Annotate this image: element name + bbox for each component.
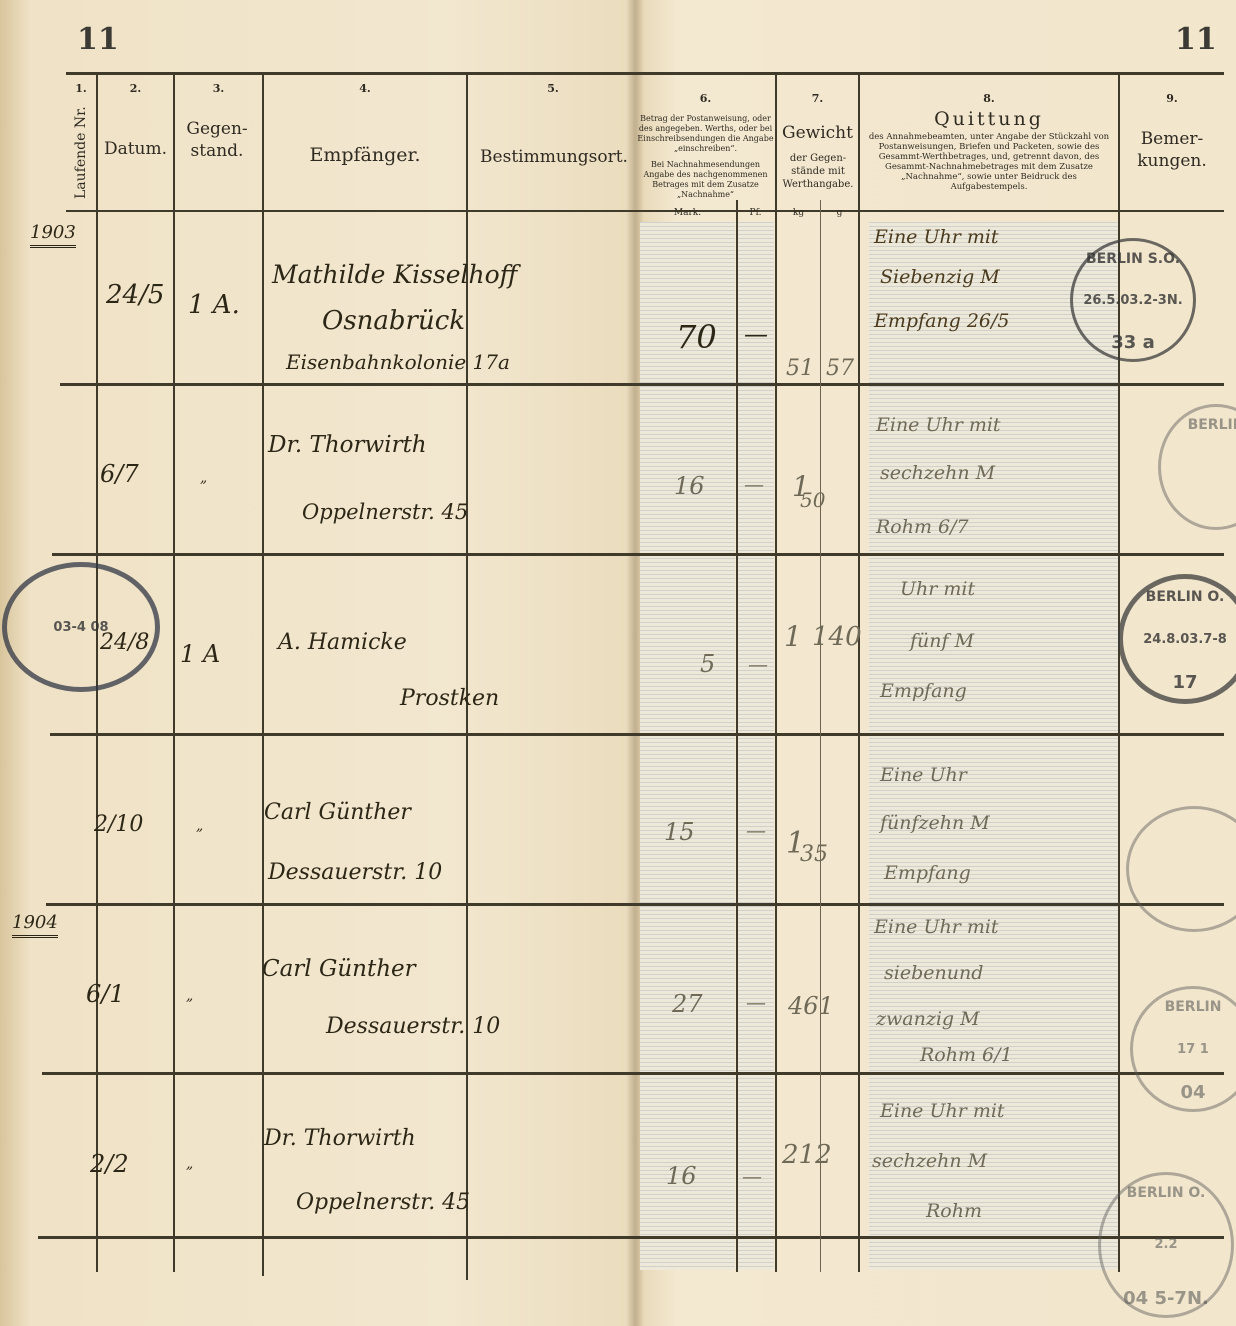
row-2-pf: — — [744, 472, 764, 496]
pf-column-shade — [737, 222, 774, 1270]
row-2-receipt-1: Eine Uhr mit — [876, 414, 1001, 436]
row-6-destination-1: Oppelnerstr. 45 — [296, 1190, 470, 1215]
col-num-9: 9. — [1120, 92, 1224, 105]
postmark-number: 04 — [1133, 1082, 1236, 1103]
row-2-receipt-3: Rohm 6/7 — [876, 516, 969, 538]
row-5-mark: 27 — [672, 990, 703, 1018]
header-gewicht: Gewicht — [777, 122, 858, 144]
header-unit-pf: Pf. — [737, 208, 774, 218]
postmark-office: BERLIN O. — [1123, 589, 1236, 605]
postmark-office: BERLIN — [1133, 999, 1236, 1015]
row-4-pf: — — [746, 818, 766, 842]
row-rule — [46, 903, 1224, 906]
postmark-number: 17 — [1123, 672, 1236, 693]
row-5-receipt-4: Rohm 6/1 — [920, 1044, 1013, 1066]
header-laufende-nr: Laufende Nr. — [73, 109, 89, 199]
col-num-8: 8. — [860, 92, 1118, 105]
header-bestimmungsort: Bestimmungsort. — [468, 146, 640, 168]
row-2-mark: 16 — [674, 472, 705, 500]
row-5-receipt-1: Eine Uhr mit — [874, 916, 999, 938]
postmark-number: 33 a — [1073, 332, 1193, 353]
row-1-receipt-2: Siebenzig M — [880, 266, 1000, 288]
header-unit-kg: kg — [777, 208, 820, 218]
row-1-receipt-1: Eine Uhr mit — [874, 226, 999, 248]
row-3-mark: 5 — [700, 650, 715, 678]
row-6-item: „ — [186, 1156, 193, 1172]
postmark-number: 04 5-7N. — [1101, 1288, 1231, 1309]
postmark-stamp: BERLIN O. 24.8.03.7-8 17 — [1118, 574, 1236, 704]
row-1-date: 24/5 — [106, 280, 164, 310]
row-5-recipient: Carl Günther — [262, 956, 416, 982]
header-datum: Datum. — [98, 138, 173, 160]
row-5-g: 461 — [788, 992, 834, 1020]
col-num-1: 1. — [66, 82, 96, 95]
row-6-receipt-2: sechzehn M — [872, 1150, 987, 1172]
col-rule — [736, 200, 738, 1272]
row-1-mark: 70 — [676, 318, 717, 356]
row-6-g: 212 — [782, 1140, 832, 1170]
left-page-number: 11 — [77, 22, 119, 57]
row-5-item: „ — [186, 988, 193, 1004]
row-1-destination-1: Osnabrück — [322, 306, 465, 336]
row-6-receipt-1: Eine Uhr mit — [880, 1100, 1005, 1122]
row-rule — [60, 383, 1224, 386]
row-4-date: 2/10 — [94, 812, 143, 837]
row-1-recipient: Mathilde Kisselhoff — [272, 260, 517, 289]
row-6-pf: — — [742, 1164, 762, 1188]
header-nachnahme: Bei Nachnahmesendungen Angabe des nachge… — [636, 160, 775, 200]
col-num-2: 2. — [98, 82, 173, 95]
header-quittung: Quittung — [860, 108, 1118, 130]
row-3-item: 1 A — [180, 640, 220, 668]
header-betrag: Betrag der Postanweisung, oder des angeg… — [636, 114, 775, 154]
year-marker-1904: 1904 — [12, 912, 58, 938]
mark-column-shade — [640, 222, 735, 1270]
header-quittung-sub: des Annahmebeamten, unter Angabe der Stü… — [866, 132, 1112, 192]
row-2-recipient: Dr. Thorwirth — [268, 432, 427, 458]
row-4-receipt-3: Empfang — [884, 862, 971, 884]
row-rule — [50, 733, 1224, 736]
row-1-kg: 51 — [786, 356, 814, 381]
postmark-date: 17 1 — [1133, 1042, 1236, 1057]
row-6-receipt-3: Rohm — [926, 1200, 982, 1222]
postmark-date: 26.5.03.2-3N. — [1073, 293, 1193, 308]
row-4-item: „ — [196, 818, 203, 834]
row-3-recipient: A. Hamicke — [278, 630, 407, 655]
row-3-receipt-1: Uhr mit — [900, 578, 975, 600]
row-6-recipient: Dr. Thorwirth — [264, 1126, 416, 1151]
row-2-date: 6/7 — [100, 460, 139, 488]
postmark-stamp: BERLIN 17 1 04 — [1130, 986, 1236, 1112]
header-bemerkungen: Bemer- kungen. — [1132, 128, 1212, 172]
row-5-date: 6/1 — [86, 980, 125, 1008]
postmark-stamp: BERLIN O. 2.2 04 5-7N. — [1098, 1172, 1234, 1318]
postmark-office: BERLIN O. — [1101, 1185, 1231, 1201]
top-rule — [66, 72, 1224, 75]
row-6-mark: 16 — [666, 1162, 697, 1190]
row-2-g: 50 — [800, 488, 825, 512]
row-2-item: „ — [200, 470, 207, 486]
postmark-date: 2.2 — [1101, 1237, 1231, 1252]
postmark-office: BERLIN S.O. — [1073, 251, 1193, 267]
col-rule — [820, 200, 821, 1272]
row-5-receipt-2: siebenund — [884, 962, 983, 984]
col-num-6: 6. — [636, 92, 775, 105]
postmark-date: 24.8.03.7-8 — [1123, 632, 1236, 647]
year-marker-1903: 1903 — [30, 222, 76, 248]
row-4-destination-1: Dessauerstr. 10 — [268, 860, 442, 885]
header-empfaenger: Empfänger. — [264, 144, 466, 166]
row-4-receipt-1: Eine Uhr — [880, 764, 967, 786]
col-num-5: 5. — [468, 82, 638, 95]
row-1-pf: — — [744, 320, 768, 348]
row-5-pf: — — [746, 990, 766, 1014]
row-3-g: 140 — [812, 622, 862, 652]
row-2-destination-1: Oppelnerstr. 45 — [302, 500, 468, 524]
row-3-destination-1: Prostken — [400, 686, 499, 711]
row-3-receipt-2: fünf M — [910, 630, 974, 652]
col-rule — [466, 72, 468, 1280]
row-1-destination-2: Eisenbahnkolonie 17a — [286, 350, 510, 374]
row-1-g: 57 — [826, 356, 854, 381]
postmark-stamp: BERLIN S.O. 26.5.03.2-3N. 33 a — [1070, 238, 1196, 362]
row-1-item: 1 A. — [188, 290, 240, 320]
col-num-7: 7. — [777, 92, 858, 105]
row-rule — [42, 1072, 1224, 1075]
row-4-receipt-2: fünfzehn M — [880, 812, 990, 834]
col-num-4: 4. — [264, 82, 466, 95]
row-3-receipt-3: Empfang — [880, 680, 967, 702]
header-gegenstand: Gegen- stand. — [180, 118, 254, 162]
col-rule — [262, 72, 264, 1276]
row-1-receipt-3: Empfang 26/5 — [874, 310, 1010, 332]
row-3-date: 24/8 — [100, 630, 149, 655]
row-2-receipt-2: sechzehn M — [880, 462, 995, 484]
header-unit-g: g — [821, 208, 858, 218]
row-4-mark: 15 — [664, 818, 695, 846]
row-3-kg: 1 — [784, 620, 802, 653]
row-5-receipt-3: zwanzig M — [876, 1008, 980, 1030]
row-rule — [38, 1236, 1224, 1239]
col-num-3: 3. — [175, 82, 262, 95]
right-page-number: 11 — [1175, 22, 1217, 57]
row-4-recipient: Carl Günther — [264, 800, 411, 825]
row-3-pf: — — [748, 652, 768, 676]
header-gewicht-sub: der Gegen- stände mit Werthangabe. — [780, 152, 856, 191]
left-margin-postmark: 03-4 08 — [2, 562, 160, 692]
postmark-office: BERLIN — [1161, 417, 1236, 433]
row-rule — [52, 553, 1224, 556]
col-rule — [858, 72, 860, 1272]
col-rule — [173, 72, 175, 1272]
col-rule — [775, 72, 777, 1272]
row-4-g: 35 — [800, 842, 828, 867]
header-unit-mark: Mark. — [640, 208, 735, 218]
row-5-destination-1: Dessauerstr. 10 — [326, 1014, 500, 1039]
row-6-date: 2/2 — [90, 1150, 129, 1178]
